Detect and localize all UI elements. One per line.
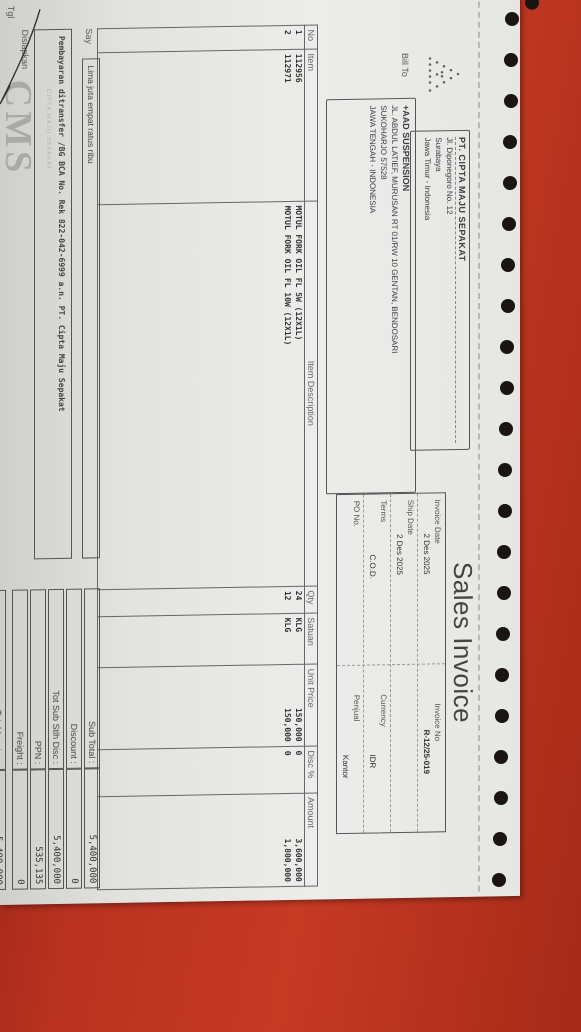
invoice-no-value: R-12/25-019: [422, 729, 431, 774]
row-description: MOTUL FORK OIL FL 10W (12X1L): [283, 201, 294, 586]
company-address-line: Jawa Timur - Indonesia: [422, 137, 433, 443]
table-row: 2 112971 MOTUL FORK OIL FL 10W (12X1L) 1…: [283, 25, 294, 886]
tractor-hole: [493, 832, 507, 846]
customer-address-line: JAWA TENGAH - INDONESIA: [367, 105, 378, 486]
customer-address-line: JL. ABDUL LATIEF, MURUSAN RT 01/RW 10 GE…: [389, 105, 400, 486]
row-disc: 0: [283, 746, 294, 793]
items-table: No Item Item Description Qty Satuan Unit…: [97, 24, 318, 890]
tractor-hole: [504, 94, 518, 108]
salesman-label: Penjual: [352, 695, 361, 722]
invoice-meta-box: Invoice Date 2 Des 2025 Invoice No R-12/…: [336, 492, 446, 834]
document-title: Sales Invoice: [447, 562, 478, 724]
col-header-qty: Qty: [305, 586, 318, 613]
invoice-date-label: Invoice Date: [433, 499, 442, 544]
po-no-label: PO No.: [352, 501, 361, 527]
tractor-hole: [497, 586, 511, 600]
tractor-hole: [496, 627, 510, 641]
row-unit: KLG: [294, 613, 305, 665]
perforation-line: [478, 0, 480, 892]
total-row-freight: Freight : 0: [12, 590, 28, 890]
tractor-hole: [495, 709, 509, 723]
tractor-hole: [498, 504, 512, 518]
row-description: MOTUL FORK OIL FL 5W (12X1L): [294, 201, 305, 586]
salesman-value: Kantor: [341, 755, 350, 779]
customer-name: +AAD SUSPENSION: [400, 105, 411, 486]
row-unit: KLG: [283, 613, 294, 665]
tractor-hole: [503, 176, 517, 190]
tractor-hole: [501, 299, 515, 313]
company-address-line: Surabaya: [433, 137, 444, 443]
total-row-discount: Discount : 0: [66, 589, 82, 889]
ship-date-label: Ship Date: [406, 500, 415, 535]
terms-label: Terms: [379, 500, 388, 522]
tractor-hole: [502, 217, 516, 231]
col-header-description: Item Description: [305, 201, 318, 586]
row-qty: 24: [294, 586, 305, 613]
total-row-subtotal: Sub Total : 5,400,000: [84, 588, 100, 888]
row-disc: 0: [294, 746, 305, 793]
table-row: 1 112956 MOTUL FORK OIL FL 5W (12X1L) 24…: [294, 25, 305, 886]
invoice-paper: Bill To PT. CIPTA MAJU SEPAKAT Jl. Dipon…: [0, 0, 520, 905]
row-qty: 12: [283, 586, 294, 613]
tractor-hole: [505, 12, 519, 26]
row-no: 1: [294, 25, 305, 49]
bill-to-block: +AAD SUSPENSION JL. ABDUL LATIEF, MURUSA…: [326, 98, 416, 495]
company-block: PT. CIPTA MAJU SEPAKAT Jl. Diponegoro No…: [410, 130, 470, 451]
row-amount: 3,600,000: [294, 793, 305, 887]
col-header-no: No: [305, 25, 318, 49]
say-label: Say: [84, 28, 94, 44]
terms-value: C.O.D.: [368, 554, 377, 579]
row-amount: 1,800,000: [283, 793, 294, 887]
tractor-hole: [525, 0, 539, 10]
ship-date-value: 2 Des 2025: [395, 534, 404, 575]
col-header-amount: Amount: [305, 792, 318, 886]
customer-address-line: SUKOHARJO 57528: [378, 105, 389, 486]
total-row-invoice: Total Invoice : 5,400,000: [0, 590, 6, 890]
company-address-line: Jl. Diponegoro No. 12: [444, 137, 455, 443]
row-no: 2: [283, 25, 294, 49]
invoice-date-value: 2 Des 2025: [422, 533, 431, 574]
company-logo-icon: [424, 52, 464, 93]
col-header-item: Item: [305, 49, 318, 201]
invoice-content: Bill To PT. CIPTA MAJU SEPAKAT Jl. Dipon…: [6, 12, 476, 900]
tractor-hole: [500, 381, 514, 395]
table-blank-area: [98, 26, 283, 890]
col-header-disc: Disc %: [305, 746, 318, 793]
totals-block: Sub Total : 5,400,000 Discount : 0 Tot S…: [0, 588, 100, 890]
invoice-no-label: Invoice No: [433, 703, 442, 741]
row-unit-price: 150,000: [294, 664, 305, 746]
total-row-after-discount: Tot Sub Stlh Disc : 5,400,000: [48, 589, 64, 889]
row-item-code: 112971: [283, 49, 294, 201]
currency-label: Currency: [379, 694, 388, 727]
company-name: PT. CIPTA MAJU SEPAKAT: [455, 137, 467, 443]
col-header-unit-price: Unit Price: [305, 664, 318, 746]
signature-icon: [0, 7, 46, 128]
col-header-unit: Satuan: [305, 613, 318, 665]
row-unit-price: 150,000: [283, 665, 294, 747]
tractor-hole: [499, 422, 513, 436]
tractor-hole: [494, 791, 508, 805]
amount-in-words: Lima juta empat ratus ribu: [82, 58, 100, 558]
row-item-code: 112956: [294, 49, 305, 201]
total-row-ppn: PPN : 535,135: [30, 589, 46, 889]
currency-value: IDR: [368, 754, 377, 768]
bill-to-label: Bill To: [400, 53, 410, 77]
